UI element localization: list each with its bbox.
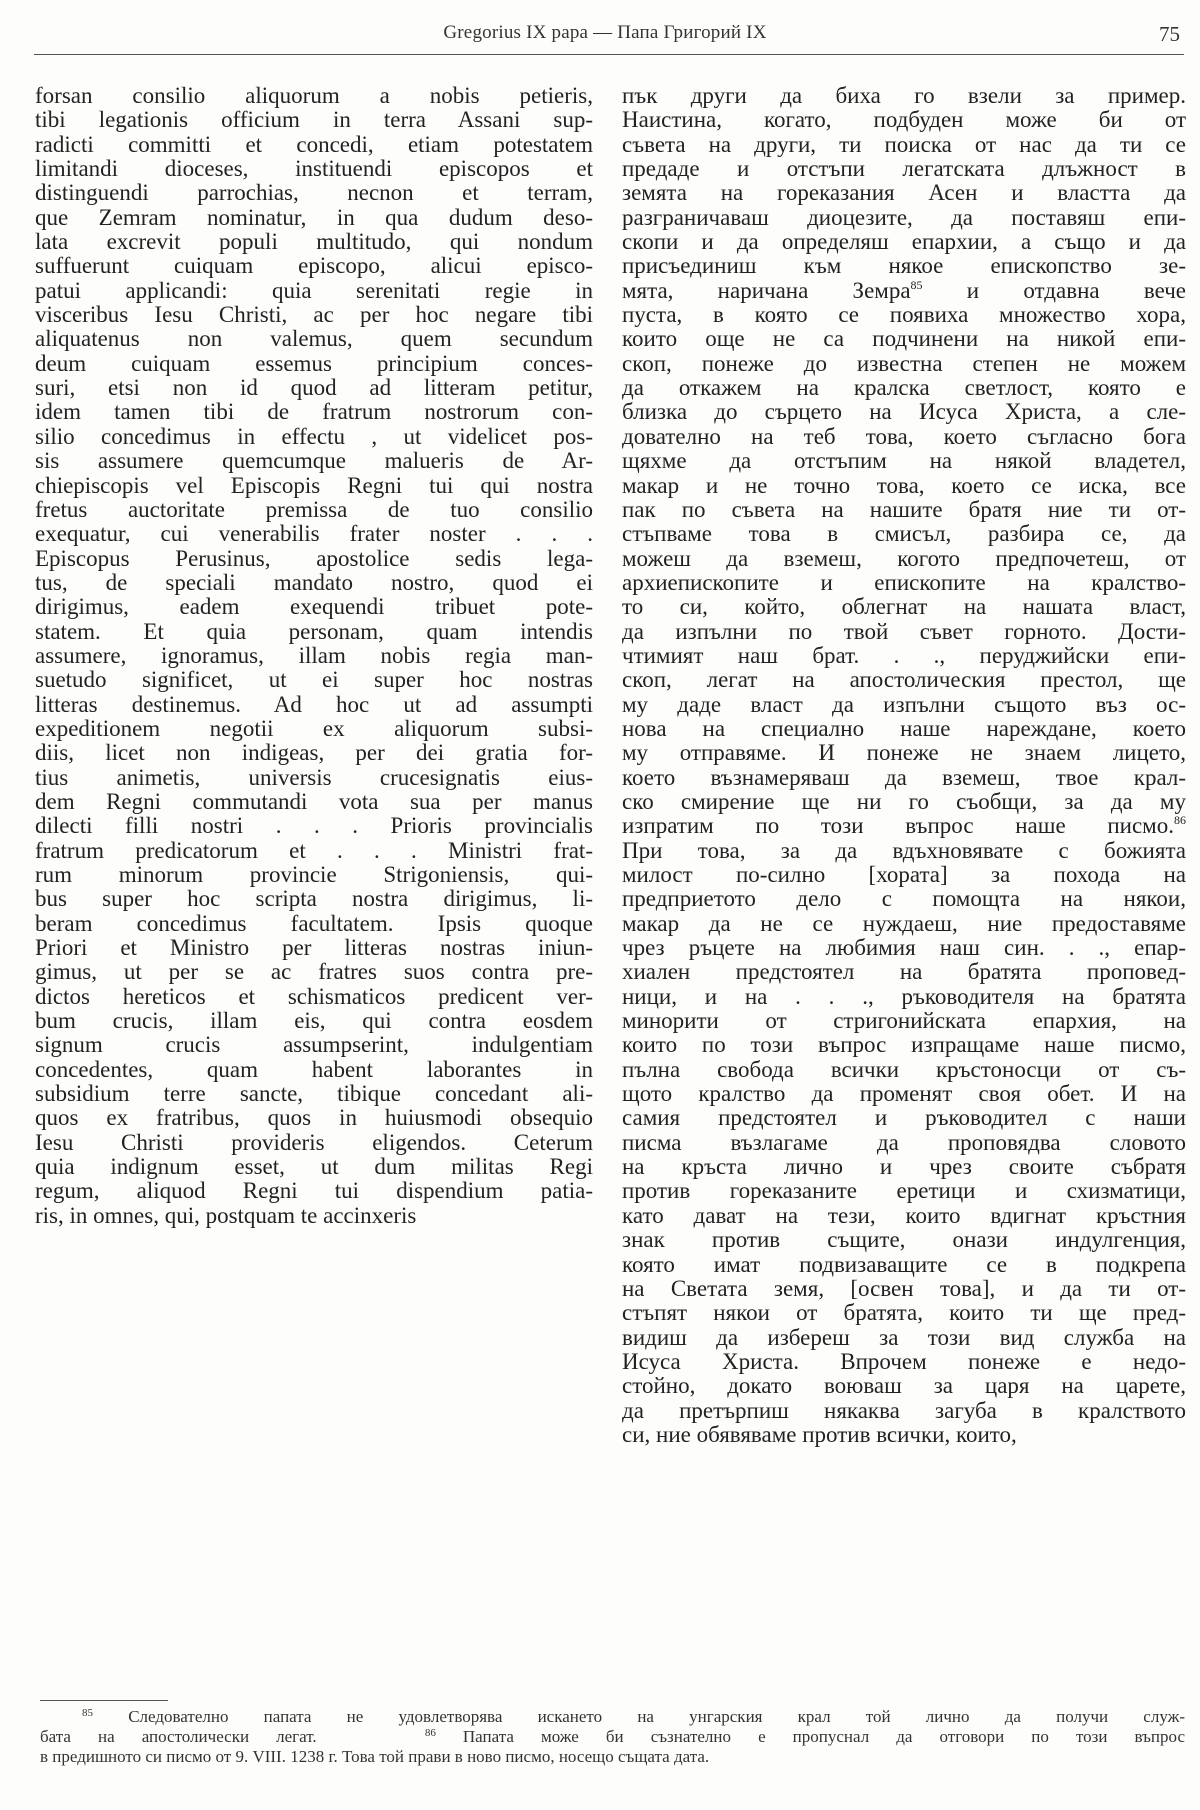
line-text: против гореказаните еретици и схизматици…	[622, 1178, 1186, 1203]
bulgarian-text-line: чрез ръцете на любимия наш син. . ., епа…	[622, 936, 1186, 960]
footnote-marker-86: 86	[425, 1727, 436, 1739]
bulgarian-text-line: предприетото дело с помощта на някои,	[622, 887, 1186, 911]
line-text: които по този въпрос изпращаме наше писм…	[622, 1032, 1186, 1057]
line-text: чтимият наш брат. . ., перуджийски епи-	[622, 643, 1186, 668]
bulgarian-text-line: Исуса Христа. Впрочем понеже е недо-	[622, 1350, 1186, 1374]
latin-text-line: gimus, ut per se ac fratres suos contra …	[35, 960, 593, 984]
bulgarian-text-line: съвета на други, ти поиска от нас да ти …	[622, 133, 1186, 157]
bulgarian-text-line: видиш да избереш за този вид служба на	[622, 1326, 1186, 1350]
line-text: При това, за да вдъхновявате с божията	[622, 838, 1186, 863]
footnotes: 85 Следователно папата не удовлетворява …	[40, 1700, 1185, 1767]
latin-text-line: forsan consilio aliquorum a nobis petier…	[35, 84, 593, 108]
latin-text-line: suri, etsi non id quod ad litteram petit…	[35, 376, 593, 400]
latin-text-line: Priori et Ministro per litteras nostras …	[35, 936, 593, 960]
bulgarian-text-line: предаде и отстъпи легатската длъжност в	[622, 157, 1186, 181]
line-text: щяхме да отстъпим на някой владетел,	[622, 448, 1186, 473]
line-text: скоп, понеже до известна степен не можем	[622, 351, 1186, 376]
latin-text-line: quia indignum esset, ut dum militas Regi	[35, 1155, 593, 1179]
line-text: самия предстоятел и ръководител с наши	[622, 1105, 1186, 1130]
bulgarian-text-line: Наистина, когато, подбуден може би от	[622, 108, 1186, 132]
latin-text-line: tibi legationis officium in terra Assani…	[35, 108, 593, 132]
latin-text-line: concedentes, quam habent laborantes in	[35, 1058, 593, 1082]
bulgarian-text-line: близка до сърцето на Исуса Христа, а сле…	[622, 400, 1186, 424]
bulgarian-text-line: изпратим по този въпрос наше писмо.86	[622, 814, 1186, 838]
latin-text-line: Iesu Christi provideris eligendos. Ceter…	[35, 1131, 593, 1155]
bulgarian-text-line: присъединиш към някое епископство зе-	[622, 254, 1186, 278]
bulgarian-text-line: стойно, докато воюваш за царя на царете,	[622, 1374, 1186, 1398]
line-text: пак по съвета на нашите братя ние ти от-	[622, 497, 1186, 522]
latin-text-line: dilecti filli nostri . . . Prioris provi…	[35, 814, 593, 838]
footnote-marker-85: 85	[82, 1707, 93, 1719]
bulgarian-text-line: пуста, в която се появиха множество хора…	[622, 303, 1186, 327]
line-text: стойно, докато воюваш за царя на царете,	[622, 1373, 1186, 1398]
bulgarian-text-line: нова на специално наше нареждане, което	[622, 717, 1186, 741]
latin-text-line: bum crucis, illam eis, qui contra eosdem	[35, 1009, 593, 1033]
line-text: щото кралство да променят своя обет. И н…	[622, 1081, 1186, 1106]
bulgarian-text-line: скоп, понеже до известна степен не можем	[622, 352, 1186, 376]
footnote-reference-85[interactable]: 85	[911, 278, 923, 292]
bulgarian-text-line: архиепископите и епископите на кралство-	[622, 571, 1186, 595]
line-text: което възнамеряваш да вземеш, твое крал-	[622, 765, 1186, 790]
latin-text-line: litteras destinemus. Ad hoc ut ad assump…	[35, 693, 593, 717]
bulgarian-text-line: можеш да вземеш, когото предпочетеш, от	[622, 547, 1186, 571]
latin-text-line: fretus auctoritate premissa de tuo consi…	[35, 498, 593, 522]
line-text: знак против същите, онази индулгенция,	[622, 1227, 1186, 1252]
footnote-86-text-end: в предишното си писмо от 9. VIII. 1238 г…	[40, 1747, 709, 1766]
line-text: стъпваме това в смисъл, разбира се, да	[622, 521, 1186, 546]
bulgarian-text-line: мята, наричана Земра85 и отдавна вече	[622, 279, 1186, 303]
line-text: му отправяме. И понеже не знаем лицето,	[622, 740, 1186, 765]
bulgarian-text-line: пълна свобода всички кръстоносци от съ-	[622, 1058, 1186, 1082]
bulgarian-text-line: минорити от стригонийската епархия, на	[622, 1009, 1186, 1033]
bulgarian-text-line: като дават на тези, които вдигнат кръстн…	[622, 1204, 1186, 1228]
line-text: хиален предстоятел на братята проповед-	[622, 959, 1186, 984]
line-text: дователно на теб това, което съгласно бо…	[622, 424, 1186, 449]
line-text: чрез ръцете на любимия наш син. . ., епа…	[622, 935, 1186, 960]
latin-text-line: beram concedimus facultatem. Ipsis quoqu…	[35, 912, 593, 936]
bulgarian-text-line: да изпълни по твой съвет горното. Дости-	[622, 620, 1186, 644]
line-text: то си, който, облегнат на нашата власт,	[622, 594, 1186, 619]
latin-text-line: statem. Et quia personam, quam intendis	[35, 620, 593, 644]
line-text: скопи и да определяш епархии, а също и д…	[622, 229, 1186, 254]
bulgarian-text-line: милост по-силно [хората] за похода на	[622, 863, 1186, 887]
latin-text-line: aliquatenus non valemus, quem secundum	[35, 327, 593, 351]
footnote-86-text: Папата може би съзнателно е пропуснал да…	[463, 1727, 1185, 1746]
latin-text-line: tus, de speciali mandato nostro, quod ei	[35, 571, 593, 595]
bulgarian-text-line: земята на гореказания Асен и властта да	[622, 181, 1186, 205]
line-text: макар да не се нуждаеш, ние предоставяме	[622, 911, 1186, 936]
bulgarian-text-line: щяхме да отстъпим на някой владетел,	[622, 449, 1186, 473]
latin-text-line: dem Regni commutandi vota sua per manus	[35, 790, 593, 814]
footnote-line-2: бата на апостолически легат. 86 Папата м…	[40, 1727, 1185, 1747]
latin-text-line: suetudo significet, ut ei super hoc nost…	[35, 668, 593, 692]
latin-text-line: Episcopus Perusinus, apostolice sedis le…	[35, 547, 593, 571]
latin-text-line: deum cuiquam essemus principium conces-	[35, 352, 593, 376]
line-text: близка до сърцето на Исуса Христа, а сле…	[622, 399, 1186, 424]
line-text: която имат подвизаващите се в подкрепа	[622, 1252, 1186, 1277]
bulgarian-translation-column: пък други да биха го взели за пример.Наи…	[622, 84, 1186, 1447]
latin-text-line: dirigimus, eadem exequendi tribuet pote-	[35, 595, 593, 619]
latin-text-line: visceribus Iesu Christi, ac per hoc nega…	[35, 303, 593, 327]
bulgarian-text-line: му даде власт да изпълни същото въз ос-	[622, 693, 1186, 717]
line-text: си, ние обявяваме против всички, които,	[622, 1422, 1017, 1447]
line-text: пуста, в която се появиха множество хора…	[622, 302, 1186, 327]
line-text: минорити от стригонийската епархия, на	[622, 1008, 1186, 1033]
latin-text-line: radicti committi et concedi, etiam potes…	[35, 133, 593, 157]
header-rule	[34, 54, 1184, 55]
latin-text-line: tius animetis, universis crucesignatis e…	[35, 766, 593, 790]
bulgarian-text-line: пак по съвета на нашите братя ние ти от-	[622, 498, 1186, 522]
bulgarian-text-line: на кръста лично и чрез своите събратя	[622, 1155, 1186, 1179]
bulgarian-text-line: стъпят някои от братята, които ти ще пре…	[622, 1301, 1186, 1325]
bulgarian-text-line: скоп, легат на апостолическия престол, щ…	[622, 668, 1186, 692]
line-text: като дават на тези, които вдигнат кръстн…	[622, 1203, 1186, 1228]
latin-text-line: idem tamen tibi de fratrum nostrorum con…	[35, 400, 593, 424]
latin-text-line: subsidium terre sancte, tibique concedan…	[35, 1082, 593, 1106]
line-text: ници, и на . . ., ръководителя на братят…	[622, 984, 1186, 1009]
line-text: милост по-силно [хората] за похода на	[622, 862, 1186, 887]
line-text: да претърпиш някаква загуба в кралството	[622, 1398, 1186, 1423]
bulgarian-text-line: му отправяме. И понеже не знаем лицето,	[622, 741, 1186, 765]
latin-text-line: fratrum predicatorum et . . . Ministri f…	[35, 839, 593, 863]
line-text: писма възлагаме да проповядва словото	[622, 1130, 1186, 1155]
bulgarian-text-line: стъпваме това в смисъл, разбира се, да	[622, 522, 1186, 546]
latin-text-line: exequatur, cui venerabilis frater noster…	[35, 522, 593, 546]
bulgarian-text-line: пък други да биха го взели за пример.	[622, 84, 1186, 108]
latin-text-line: expeditionem negotii ex aliquorum subsi-	[35, 717, 593, 741]
line-text: нова на специално наше нареждане, което	[622, 716, 1186, 741]
latin-text-line: suffuerunt cuiquam episcopo, alicui epis…	[35, 254, 593, 278]
latin-text-line: silio concedimus in effectu , ut videlic…	[35, 425, 593, 449]
line-text: които още не са подчинени на никой епи-	[622, 326, 1186, 351]
bulgarian-text-line: което възнамеряваш да вземеш, твое крал-	[622, 766, 1186, 790]
line-text-after-note: и отдавна вече	[923, 278, 1186, 303]
line-text: пълна свобода всички кръстоносци от съ-	[622, 1057, 1186, 1082]
bulgarian-text-line: които още не са подчинени на никой епи-	[622, 327, 1186, 351]
line-text: предаде и отстъпи легатската длъжност в	[622, 156, 1186, 181]
latin-text-line: patui applicandi: quia serenitati regie …	[35, 279, 593, 303]
line-text: Исуса Христа. Впрочем понеже е недо-	[622, 1349, 1186, 1374]
line-text: да изпълни по твой съвет горното. Дости-	[622, 619, 1186, 644]
latin-text-column: forsan consilio aliquorum a nobis petier…	[35, 84, 593, 1228]
bulgarian-text-line: чтимият наш брат. . ., перуджийски епи-	[622, 644, 1186, 668]
footnote-line-3: в предишното си писмо от 9. VIII. 1238 г…	[40, 1747, 1185, 1767]
bulgarian-text-line: скопи и да определяш епархии, а също и д…	[622, 230, 1186, 254]
latin-text-line: diis, licet non indigeas, per dei gratia…	[35, 741, 593, 765]
latin-text-line: distinguendi parrochias, necnon et terra…	[35, 181, 593, 205]
running-head: Gregorius IX papa — Папа Григорий IX 75	[30, 18, 1180, 52]
line-text: стъпят някои от братята, които ти ще пре…	[622, 1300, 1186, 1325]
line-text: съвета на други, ти поиска от нас да ти …	[622, 132, 1186, 157]
line-text: на кръста лично и чрез своите събратя	[622, 1154, 1186, 1179]
footnote-reference-86[interactable]: 86	[1174, 813, 1186, 827]
latin-text-line: sis assumere quemcumque malueris de Ar-	[35, 449, 593, 473]
line-text: видиш да избереш за този вид служба на	[622, 1325, 1186, 1350]
latin-text-line: signum crucis assumpserint, indulgentiam	[35, 1033, 593, 1057]
bulgarian-text-line: знак против същите, онази индулгенция,	[622, 1228, 1186, 1252]
line-text: му даде власт да изпълни същото въз ос-	[622, 692, 1186, 717]
line-text: изпратим по този въпрос наше писмо.	[622, 813, 1174, 838]
line-text: макар и не точно това, което се иска, вс…	[622, 473, 1186, 498]
line-text: земята на гореказания Асен и властта да	[622, 180, 1186, 205]
latin-text-line: ris, in omnes, qui, postquam te accinxer…	[35, 1204, 593, 1228]
bulgarian-text-line: против гореказаните еретици и схизматици…	[622, 1179, 1186, 1203]
line-text: разграничаваш диоцезите, да поставяш епи…	[622, 205, 1186, 230]
bulgarian-text-line: ници, и на . . ., ръководителя на братят…	[622, 985, 1186, 1009]
latin-text-line: assumere, ignoramus, illam nobis regia m…	[35, 644, 593, 668]
bulgarian-text-line: дователно на теб това, което съгласно бо…	[622, 425, 1186, 449]
line-text: ско смирение ще ни го съобщи, за да му	[622, 789, 1186, 814]
footnote-85-text: Следователно папата не удовлетворява иск…	[128, 1707, 1185, 1726]
latin-text-line: regum, aliquod Regni tui dispendium pati…	[35, 1179, 593, 1203]
line-text: мята, наричана Земра	[622, 278, 911, 303]
bulgarian-text-line: която имат подвизаващите се в подкрепа	[622, 1253, 1186, 1277]
latin-text-line: quos ex fratribus, quos in huiusmodi obs…	[35, 1106, 593, 1130]
bulgarian-text-line: разграничаваш диоцезите, да поставяш епи…	[622, 206, 1186, 230]
latin-text-line: chiepiscopis vel Episcopis Regni tui qui…	[35, 474, 593, 498]
bulgarian-text-line: то си, който, облегнат на нашата власт,	[622, 595, 1186, 619]
bulgarian-text-line: да откажем на кралска светлост, която е	[622, 376, 1186, 400]
latin-text-line: limitandi dioceses, instituendi episcopo…	[35, 157, 593, 181]
line-text: пък други да биха го взели за пример.	[622, 83, 1186, 108]
bulgarian-text-line: щото кралство да променят своя обет. И н…	[622, 1082, 1186, 1106]
latin-text-line: dictos hereticos et schismaticos predice…	[35, 985, 593, 1009]
bulgarian-text-line: макар и не точно това, което се иска, вс…	[622, 474, 1186, 498]
line-text: предприетото дело с помощта на някои,	[622, 886, 1186, 911]
bulgarian-text-line: да претърпиш някаква загуба в кралството	[622, 1399, 1186, 1423]
page-number: 75	[1159, 22, 1180, 47]
footnote-rule	[40, 1700, 168, 1701]
bulgarian-text-line: писма възлагаме да проповядва словото	[622, 1131, 1186, 1155]
book-page: Gregorius IX papa — Папа Григорий IX 75 …	[0, 0, 1200, 1810]
line-text: можеш да вземеш, когото предпочетеш, от	[622, 546, 1186, 571]
bulgarian-text-line: При това, за да вдъхновявате с божията	[622, 839, 1186, 863]
bulgarian-text-line: на Светата земя, [освен това], и да ти о…	[622, 1277, 1186, 1301]
bulgarian-text-line: ско смирение ще ни го съобщи, за да му	[622, 790, 1186, 814]
latin-text-line: lata excrevit populi multitudo, qui nond…	[35, 230, 593, 254]
line-text: присъединиш към някое епископство зе-	[622, 253, 1186, 278]
footnote-85-text-end: бата на апостолически легат.	[40, 1727, 317, 1746]
bulgarian-text-line: хиален предстоятел на братята проповед-	[622, 960, 1186, 984]
bulgarian-text-line: си, ние обявяваме против всички, които,	[622, 1423, 1186, 1447]
line-text: на Светата земя, [освен това], и да ти о…	[622, 1276, 1186, 1301]
line-text: да откажем на кралска светлост, която е	[622, 375, 1186, 400]
latin-text-line: bus super hoc scripta nostra dirigimus, …	[35, 887, 593, 911]
line-text: Наистина, когато, подбуден може би от	[622, 107, 1186, 132]
footnote-line-1: 85 Следователно папата не удовлетворява …	[40, 1707, 1185, 1727]
bulgarian-text-line: самия предстоятел и ръководител с наши	[622, 1106, 1186, 1130]
line-text: скоп, легат на апостолическия престол, щ…	[622, 667, 1186, 692]
bulgarian-text-line: които по този въпрос изпращаме наше писм…	[622, 1033, 1186, 1057]
running-title: Gregorius IX papa — Папа Григорий IX	[30, 22, 1180, 44]
latin-text-line: rum minorum provincie Strigoniensis, qui…	[35, 863, 593, 887]
bulgarian-text-line: макар да не се нуждаеш, ние предоставяме	[622, 912, 1186, 936]
line-text: архиепископите и епископите на кралство-	[622, 570, 1186, 595]
latin-text-line: que Zemram nominatur, in qua dudum deso-	[35, 206, 593, 230]
